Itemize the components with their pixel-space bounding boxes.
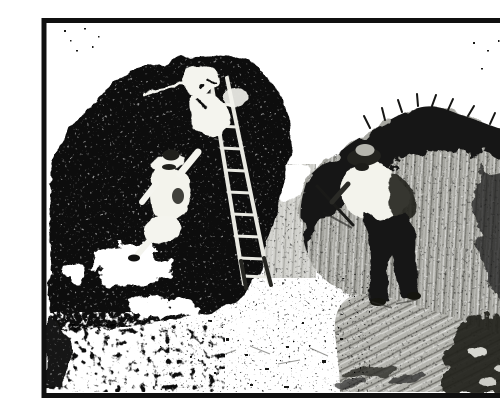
climber-hat-crown (163, 150, 180, 161)
worker-hat-crown (356, 144, 375, 156)
climber-boot (128, 255, 140, 262)
worker-boot-right (407, 292, 421, 300)
photo-canvas (40, 16, 500, 403)
halftone-photo: Black-and-white halftone photograph of h… (40, 16, 500, 403)
top-figure-head (200, 84, 207, 89)
climber-face-shadow (162, 164, 176, 170)
worker-neck-shadow (355, 163, 369, 171)
stack-base-transition (44, 312, 225, 392)
climber-vest-shadow (172, 188, 184, 204)
